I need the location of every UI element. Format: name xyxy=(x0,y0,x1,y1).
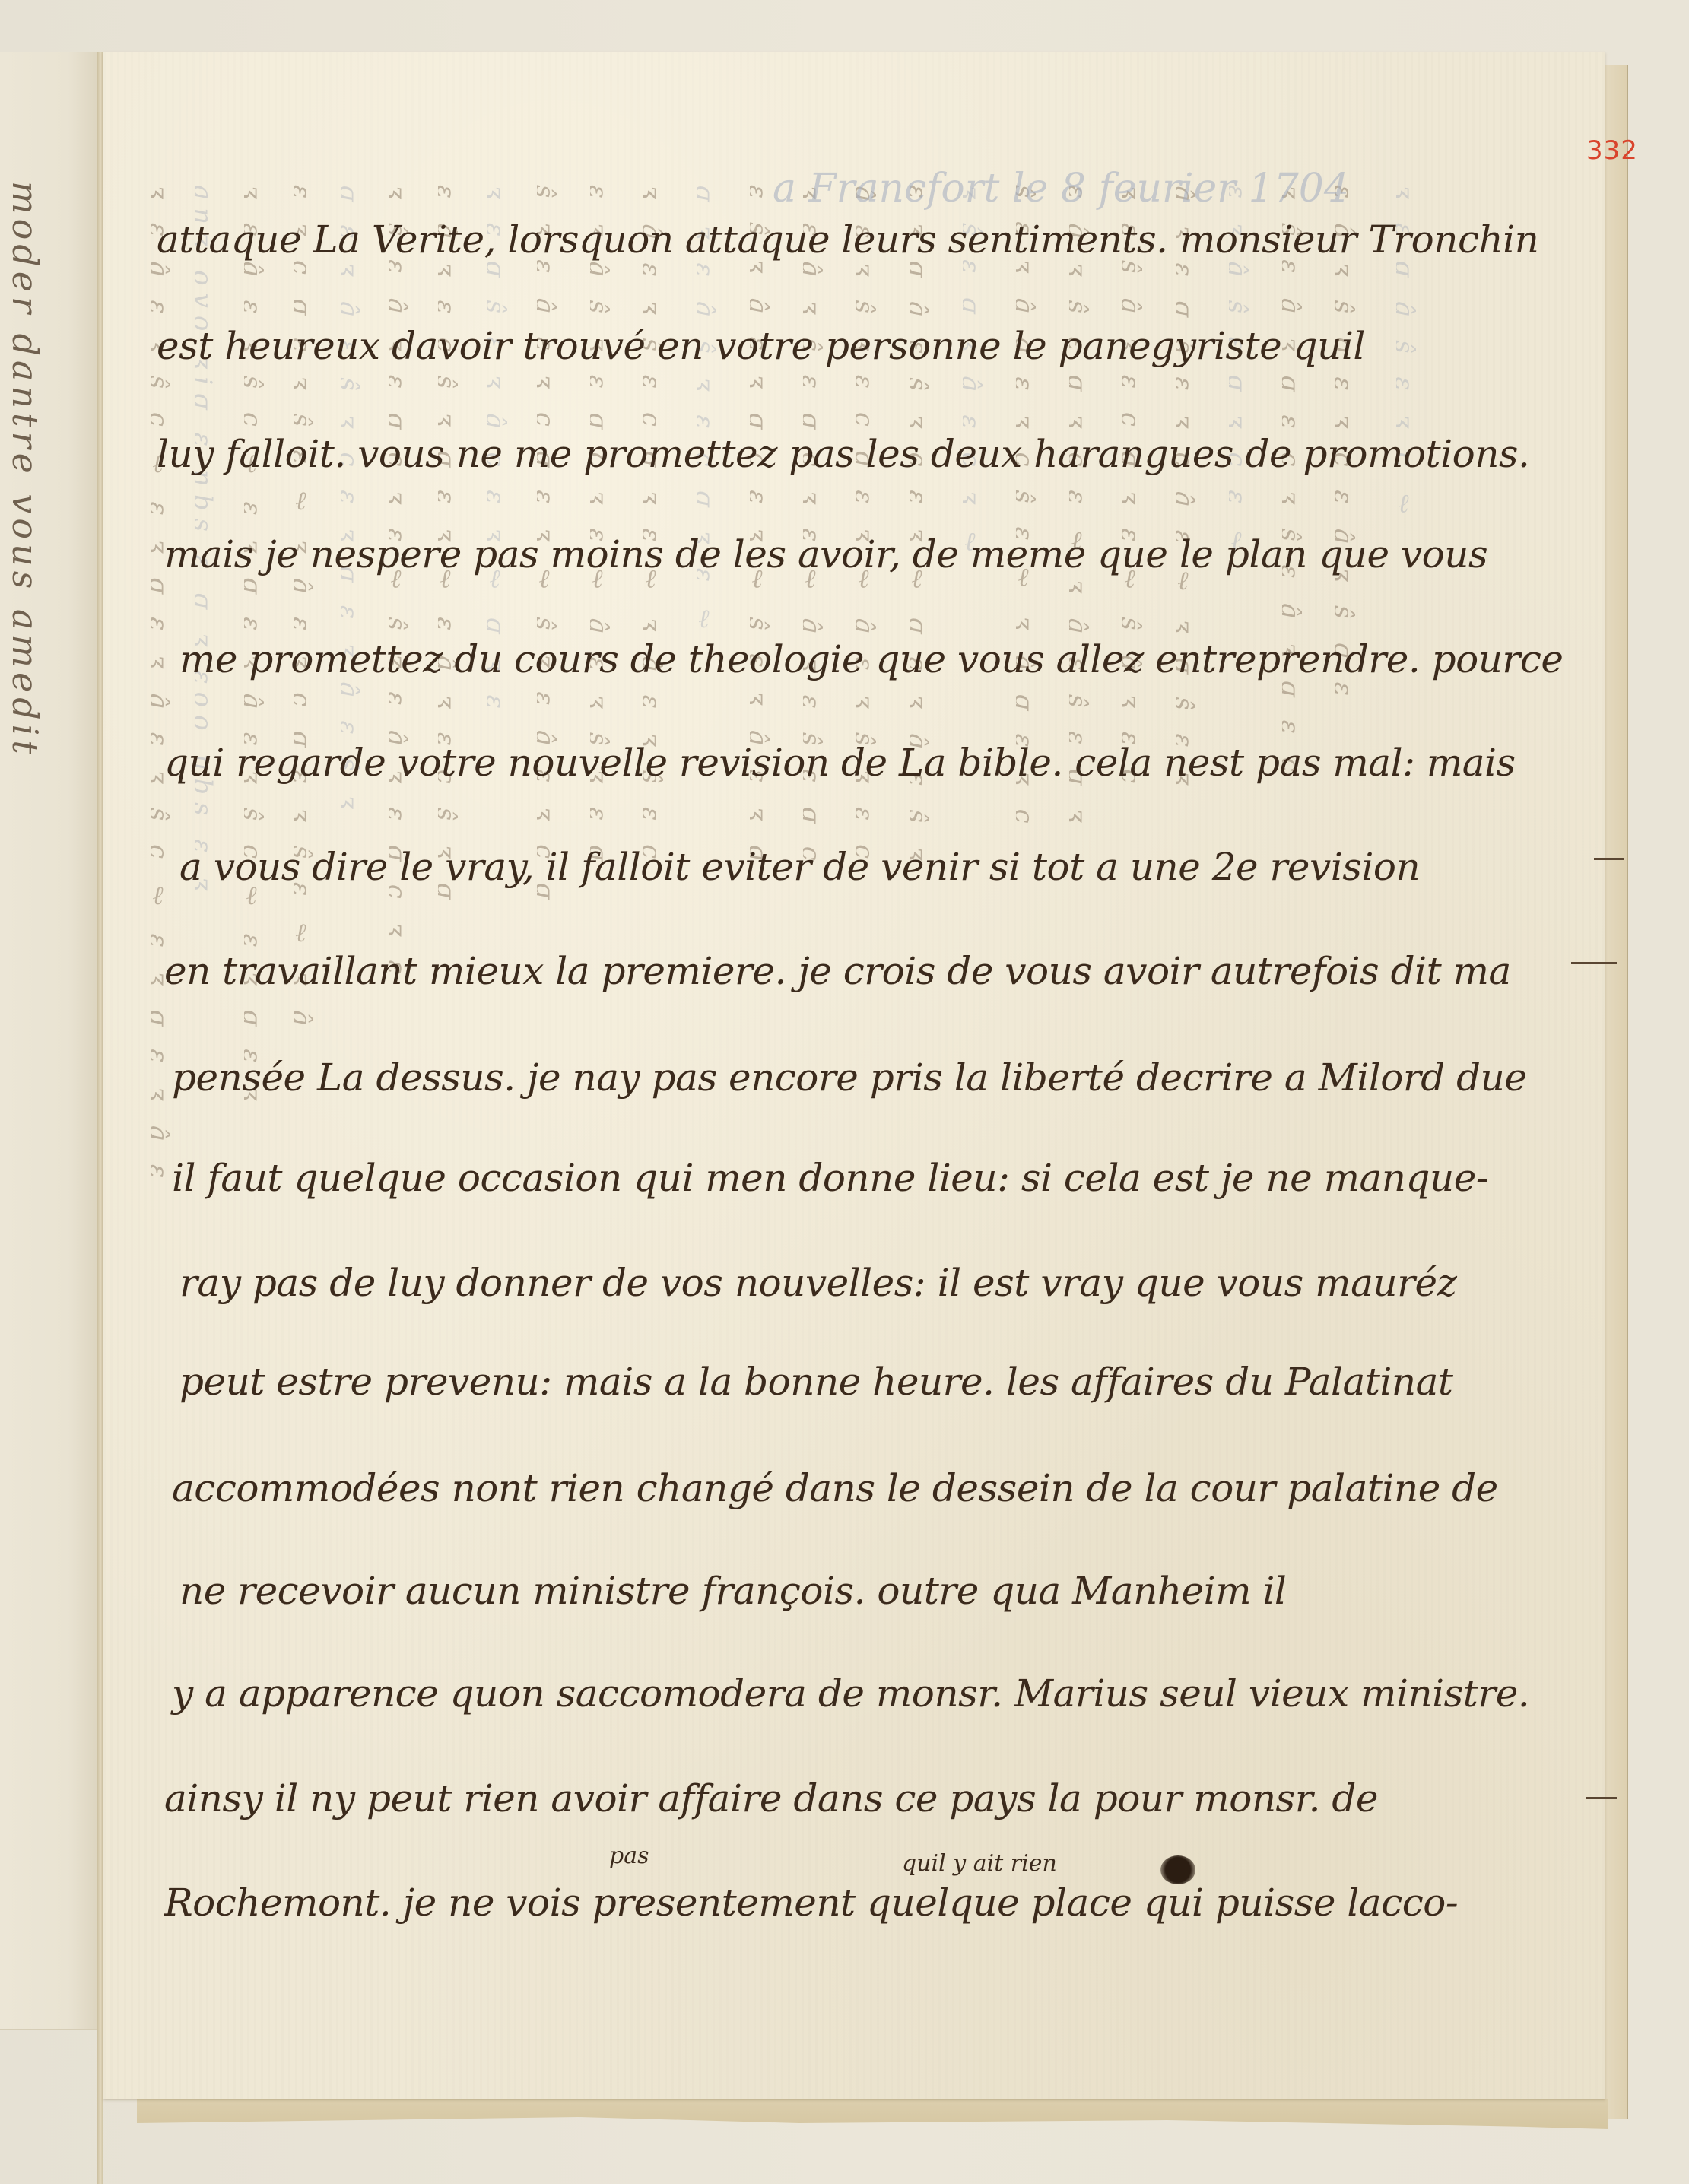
left-page-text-fragment: moder dantre vous amedit xyxy=(5,181,46,759)
folio-number: 332 xyxy=(1586,135,1638,166)
line-end-dash xyxy=(1586,1797,1617,1799)
letter-line: ray pas de luy donner de vos nouvelles: … xyxy=(179,1261,1456,1305)
letter-line: me promettez du cours de theologie que v… xyxy=(179,637,1563,681)
interlinear-insertion: quil y ait rien xyxy=(902,1850,1057,1877)
left-facing-page: moder dantre vous amedit xyxy=(0,52,97,2030)
bleed-through-dateline: a Francfort le 8 feurier 1704 xyxy=(773,166,1349,211)
line-end-dash xyxy=(1594,858,1624,860)
letter-line: luy falloit. vous ne me promettez pas le… xyxy=(157,432,1529,476)
letter-line: est heureux davoir trouvé en votre perso… xyxy=(157,324,1365,368)
letter-line: ainsy il ny peut rien avoir affaire dans… xyxy=(164,1776,1378,1821)
letter-line: il faut quelque occasion qui men donne l… xyxy=(172,1156,1488,1200)
letter-line: accommodées nont rien changé dans le des… xyxy=(172,1466,1498,1510)
page-stack-edge xyxy=(1605,65,1628,2119)
letter-line: peut estre prevenu: mais a la bonne heur… xyxy=(179,1360,1453,1404)
interlinear-insertion: pas xyxy=(609,1843,649,1869)
letter-line: qui regarde votre nouvelle revision de L… xyxy=(164,741,1516,785)
line-end-dash xyxy=(1571,962,1617,964)
letter-line: mais je nespere pas moins de les avoir, … xyxy=(164,532,1487,576)
letter-line: attaque La Verite, lorsquon attaque leur… xyxy=(157,217,1538,262)
ink-blot xyxy=(1160,1855,1195,1884)
letter-line: ne recevoir aucun ministre françois. out… xyxy=(179,1569,1286,1613)
manuscript-leaf: ʒ ε ĝ ε ʒ ŝ ç ℓ ε ʒ ɡ ε ʒ ĝ ε ʒ ŝ ç ℓ ε … xyxy=(103,52,1605,2099)
binding-gutter xyxy=(97,52,103,2184)
letter-line: a vous dire le vray, il falloit eviter d… xyxy=(179,845,1420,889)
letter-line: y a apparence quon saccomodera de monsr.… xyxy=(172,1671,1529,1716)
letter-line: pensée La dessus. je nay pas encore pris… xyxy=(172,1055,1526,1100)
letter-line: Rochemont. je ne vois presentement quelq… xyxy=(164,1881,1458,1925)
letter-line: en travaillant mieux la premiere. je cro… xyxy=(164,949,1511,993)
